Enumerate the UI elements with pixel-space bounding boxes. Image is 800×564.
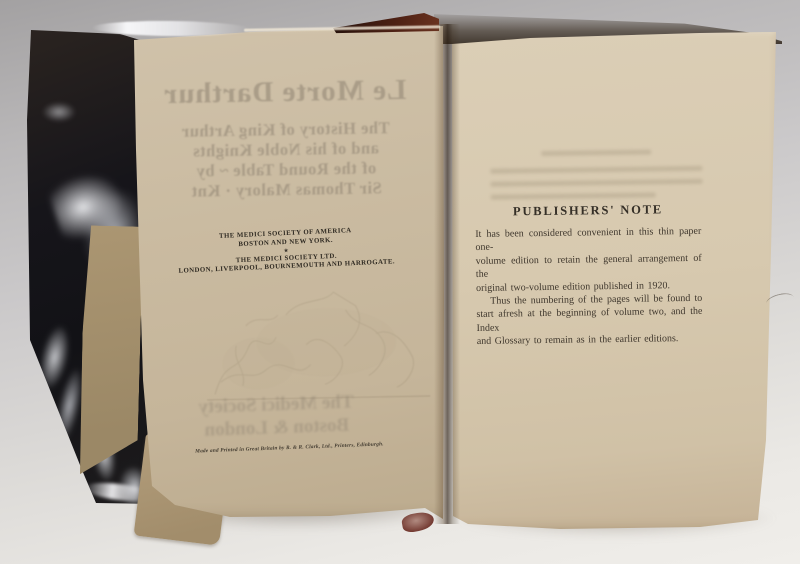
illustration-showthrough bbox=[205, 283, 430, 401]
showthrough-bar bbox=[490, 166, 702, 174]
body-line: and Glossary to remain as in the earlier… bbox=[477, 332, 703, 349]
showthrough-bar bbox=[491, 192, 656, 199]
showthrough-title-mirrored: Le Morte Darthur The History of King Art… bbox=[139, 73, 433, 202]
kraft-board-back bbox=[79, 225, 144, 480]
publishers-note-heading: PUBLISHERS' NOTE bbox=[475, 202, 701, 220]
illustration-sketch bbox=[205, 283, 430, 400]
left-page-content: Le Morte Darthur The History of King Art… bbox=[124, 23, 450, 524]
showthrough-bar bbox=[491, 179, 703, 187]
body-line: It has been considered convenient in thi… bbox=[475, 225, 701, 255]
showthrough-title: Le Morte Darthur bbox=[139, 73, 432, 111]
showthrough-bar bbox=[541, 149, 651, 156]
cover-spine-wedge bbox=[333, 13, 439, 34]
publishers-note-body: It has been considered convenient in thi… bbox=[475, 225, 703, 349]
right-page-content: PUBLISHERS' NOTE It has been considered … bbox=[447, 30, 786, 535]
left-page: Le Morte Darthur The History of King Art… bbox=[128, 26, 445, 522]
publisher-imprint: THE MEDICI SOCIETY OF AMERICA BOSTON AND… bbox=[127, 223, 446, 279]
body-line: volume edition to retain the general arr… bbox=[476, 252, 702, 282]
right-page: PUBLISHERS' NOTE It has been considered … bbox=[450, 32, 782, 532]
plastic-glare bbox=[42, 102, 76, 122]
showthrough-text-faint bbox=[490, 149, 703, 208]
book-photo: Le Morte Darthur The History of King Art… bbox=[0, 0, 800, 564]
showthrough-imprint-mirrored: The Medici Society Boston & London bbox=[170, 390, 383, 443]
body-line: start afresh at the beginning of volume … bbox=[476, 305, 702, 335]
